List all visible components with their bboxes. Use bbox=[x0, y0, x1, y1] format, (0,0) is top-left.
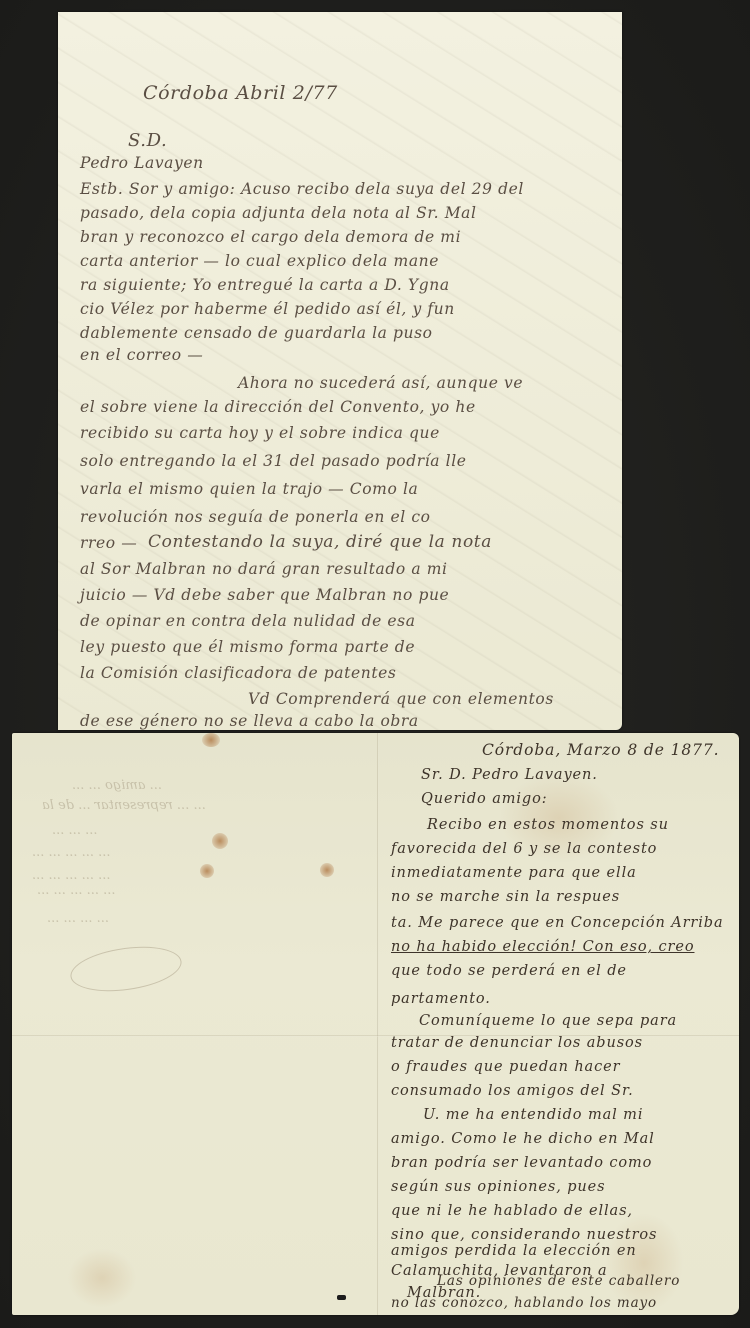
letter-bottom-line: partamento. bbox=[391, 991, 491, 1007]
letter-bottom-line: bran podría ser levantado como bbox=[391, 1155, 652, 1171]
letter-top-line: bran y reconozco el cargo dela demora de… bbox=[80, 228, 461, 246]
letter-top-line: rreo — bbox=[80, 534, 137, 552]
letter-bottom-greeting: Querido amigo: bbox=[421, 791, 548, 807]
letter-bottom-addressee: Sr. D. Pedro Lavayen. bbox=[421, 767, 598, 783]
letter-top-line: varla el mismo quien la trajo — Como la bbox=[80, 480, 418, 498]
bleed-through-line: ... amigo ... ... bbox=[72, 778, 162, 793]
stain-spot bbox=[212, 833, 228, 849]
letter-top-line: Vd Comprenderá que con elementos bbox=[248, 690, 554, 708]
signature-flourish-bleed bbox=[68, 940, 185, 997]
letter-bottom-line: U. me ha entendido mal mi bbox=[423, 1107, 643, 1123]
letter-bottom-left-page: ... amigo ... ... ... ... representar ..… bbox=[12, 733, 377, 1315]
letter-bottom-line: no ha habido elección! Con eso, creo bbox=[391, 939, 694, 955]
letter-top-line: recibido su carta hoy y el sobre indica … bbox=[80, 424, 440, 442]
letter-bottom-line: Las opiniones de este caballero bbox=[437, 1273, 680, 1289]
letter-top-date: Córdoba Abril 2/77 bbox=[143, 82, 338, 104]
letter-bottom-right-page: Córdoba, Marzo 8 de 1877. Sr. D. Pedro L… bbox=[379, 733, 739, 1315]
bleed-through-line: ... ... ... ... ... bbox=[32, 845, 111, 860]
letter-bottom-line: o fraudes que puedan hacer bbox=[391, 1059, 620, 1075]
water-stain bbox=[67, 1248, 137, 1308]
letter-bottom-line: ta. Me parece que en Concepción Arriba bbox=[391, 915, 724, 931]
letter-bottom-line: Recibo en estos momentos su bbox=[427, 817, 669, 833]
letter-top-salutation-abbrev: S.D. bbox=[128, 130, 167, 151]
letter-bottom-line: Comuníqueme lo que sepa para bbox=[419, 1013, 677, 1029]
letter-top-line: ra siguiente; Yo entregué la carta a D. … bbox=[80, 276, 450, 294]
letter-bottom-line: que ni le he hablado de ellas, bbox=[391, 1203, 633, 1219]
letter-top-line: cio Vélez por haberme él pedido así él, … bbox=[80, 300, 455, 318]
letter-bottom-line: según sus opiniones, pues bbox=[391, 1179, 606, 1195]
letter-top-line: revolución nos seguía de ponerla en el c… bbox=[80, 508, 431, 526]
letter-top-line: dablemente censado de guardarla la puso bbox=[80, 324, 433, 342]
letter-bottom-line: inmediatamente para que ella bbox=[391, 865, 637, 881]
letter-bottom-line: que todo se perderá en el de bbox=[391, 963, 627, 979]
stain-spot bbox=[200, 864, 214, 878]
letter-top-line: de ese género no se lleva a cabo la obra bbox=[80, 712, 419, 730]
bleed-through-line: ... ... representar ... de la bbox=[42, 798, 206, 813]
letter-top-line: el sobre viene la dirección del Convento… bbox=[80, 398, 476, 416]
letter-bottom-line: consumado los amigos del Sr. bbox=[391, 1083, 634, 1099]
letter-bottom-sheet: ... amigo ... ... ... ... representar ..… bbox=[12, 733, 739, 1315]
letter-top-line: ley puesto que él mismo forma parte de bbox=[80, 638, 415, 656]
letter-top-line: en el correo — bbox=[80, 346, 203, 364]
letter-top-line: carta anterior — lo cual explico dela ma… bbox=[80, 252, 439, 270]
bleed-through-line: ... ... ... ... ... bbox=[32, 868, 111, 883]
ink-mark bbox=[337, 1295, 346, 1300]
letter-bottom-date: Córdoba, Marzo 8 de 1877. bbox=[482, 741, 720, 759]
letter-top-sheet: Córdoba Abril 2/77 S.D. Pedro Lavayen Es… bbox=[58, 12, 622, 730]
letter-top-line: Estb. Sor y amigo: Acuso recibo dela suy… bbox=[80, 180, 524, 198]
letter-top-line: de opinar en contra dela nulidad de esa bbox=[80, 612, 416, 630]
letter-top-line: Contestando la suya, diré que la nota bbox=[148, 532, 492, 552]
letter-bottom-line: amigos perdida la elección en bbox=[391, 1243, 637, 1259]
letter-top-line: Ahora no sucederá así, aunque ve bbox=[238, 374, 523, 392]
letter-bottom-line: tratar de denunciar los abusos bbox=[391, 1035, 643, 1051]
letter-bottom-line: no las conozco, hablando los mayo bbox=[391, 1295, 657, 1311]
bleed-through-line: ... ... ... bbox=[52, 823, 97, 838]
letter-top-addressee: Pedro Lavayen bbox=[80, 154, 204, 172]
stain-spot bbox=[202, 733, 220, 747]
letter-top-line: pasado, dela copia adjunta dela nota al … bbox=[80, 204, 477, 222]
bleed-through-line: ... ... ... ... ... bbox=[37, 883, 116, 898]
letter-top-line: al Sor Malbran no dará gran resultado a … bbox=[80, 560, 448, 578]
document-mount-background: Córdoba Abril 2/77 S.D. Pedro Lavayen Es… bbox=[0, 0, 750, 1328]
letter-bottom-line: no se marche sin la respues bbox=[391, 889, 620, 905]
letter-top-line: juicio — Vd debe saber que Malbran no pu… bbox=[80, 586, 449, 604]
letter-bottom-line: sino que, considerando nuestros bbox=[391, 1227, 657, 1243]
letter-top-line: la Comisión clasificadora de patentes bbox=[80, 664, 397, 682]
letter-top-line: solo entregando la el 31 del pasado podr… bbox=[80, 452, 467, 470]
letter-bottom-line: favorecida del 6 y se la contesto bbox=[391, 841, 657, 857]
letter-bottom-line: amigo. Como le he dicho en Mal bbox=[391, 1131, 655, 1147]
stain-spot bbox=[320, 863, 334, 877]
bleed-through-line: ... ... ... ... bbox=[47, 911, 109, 926]
